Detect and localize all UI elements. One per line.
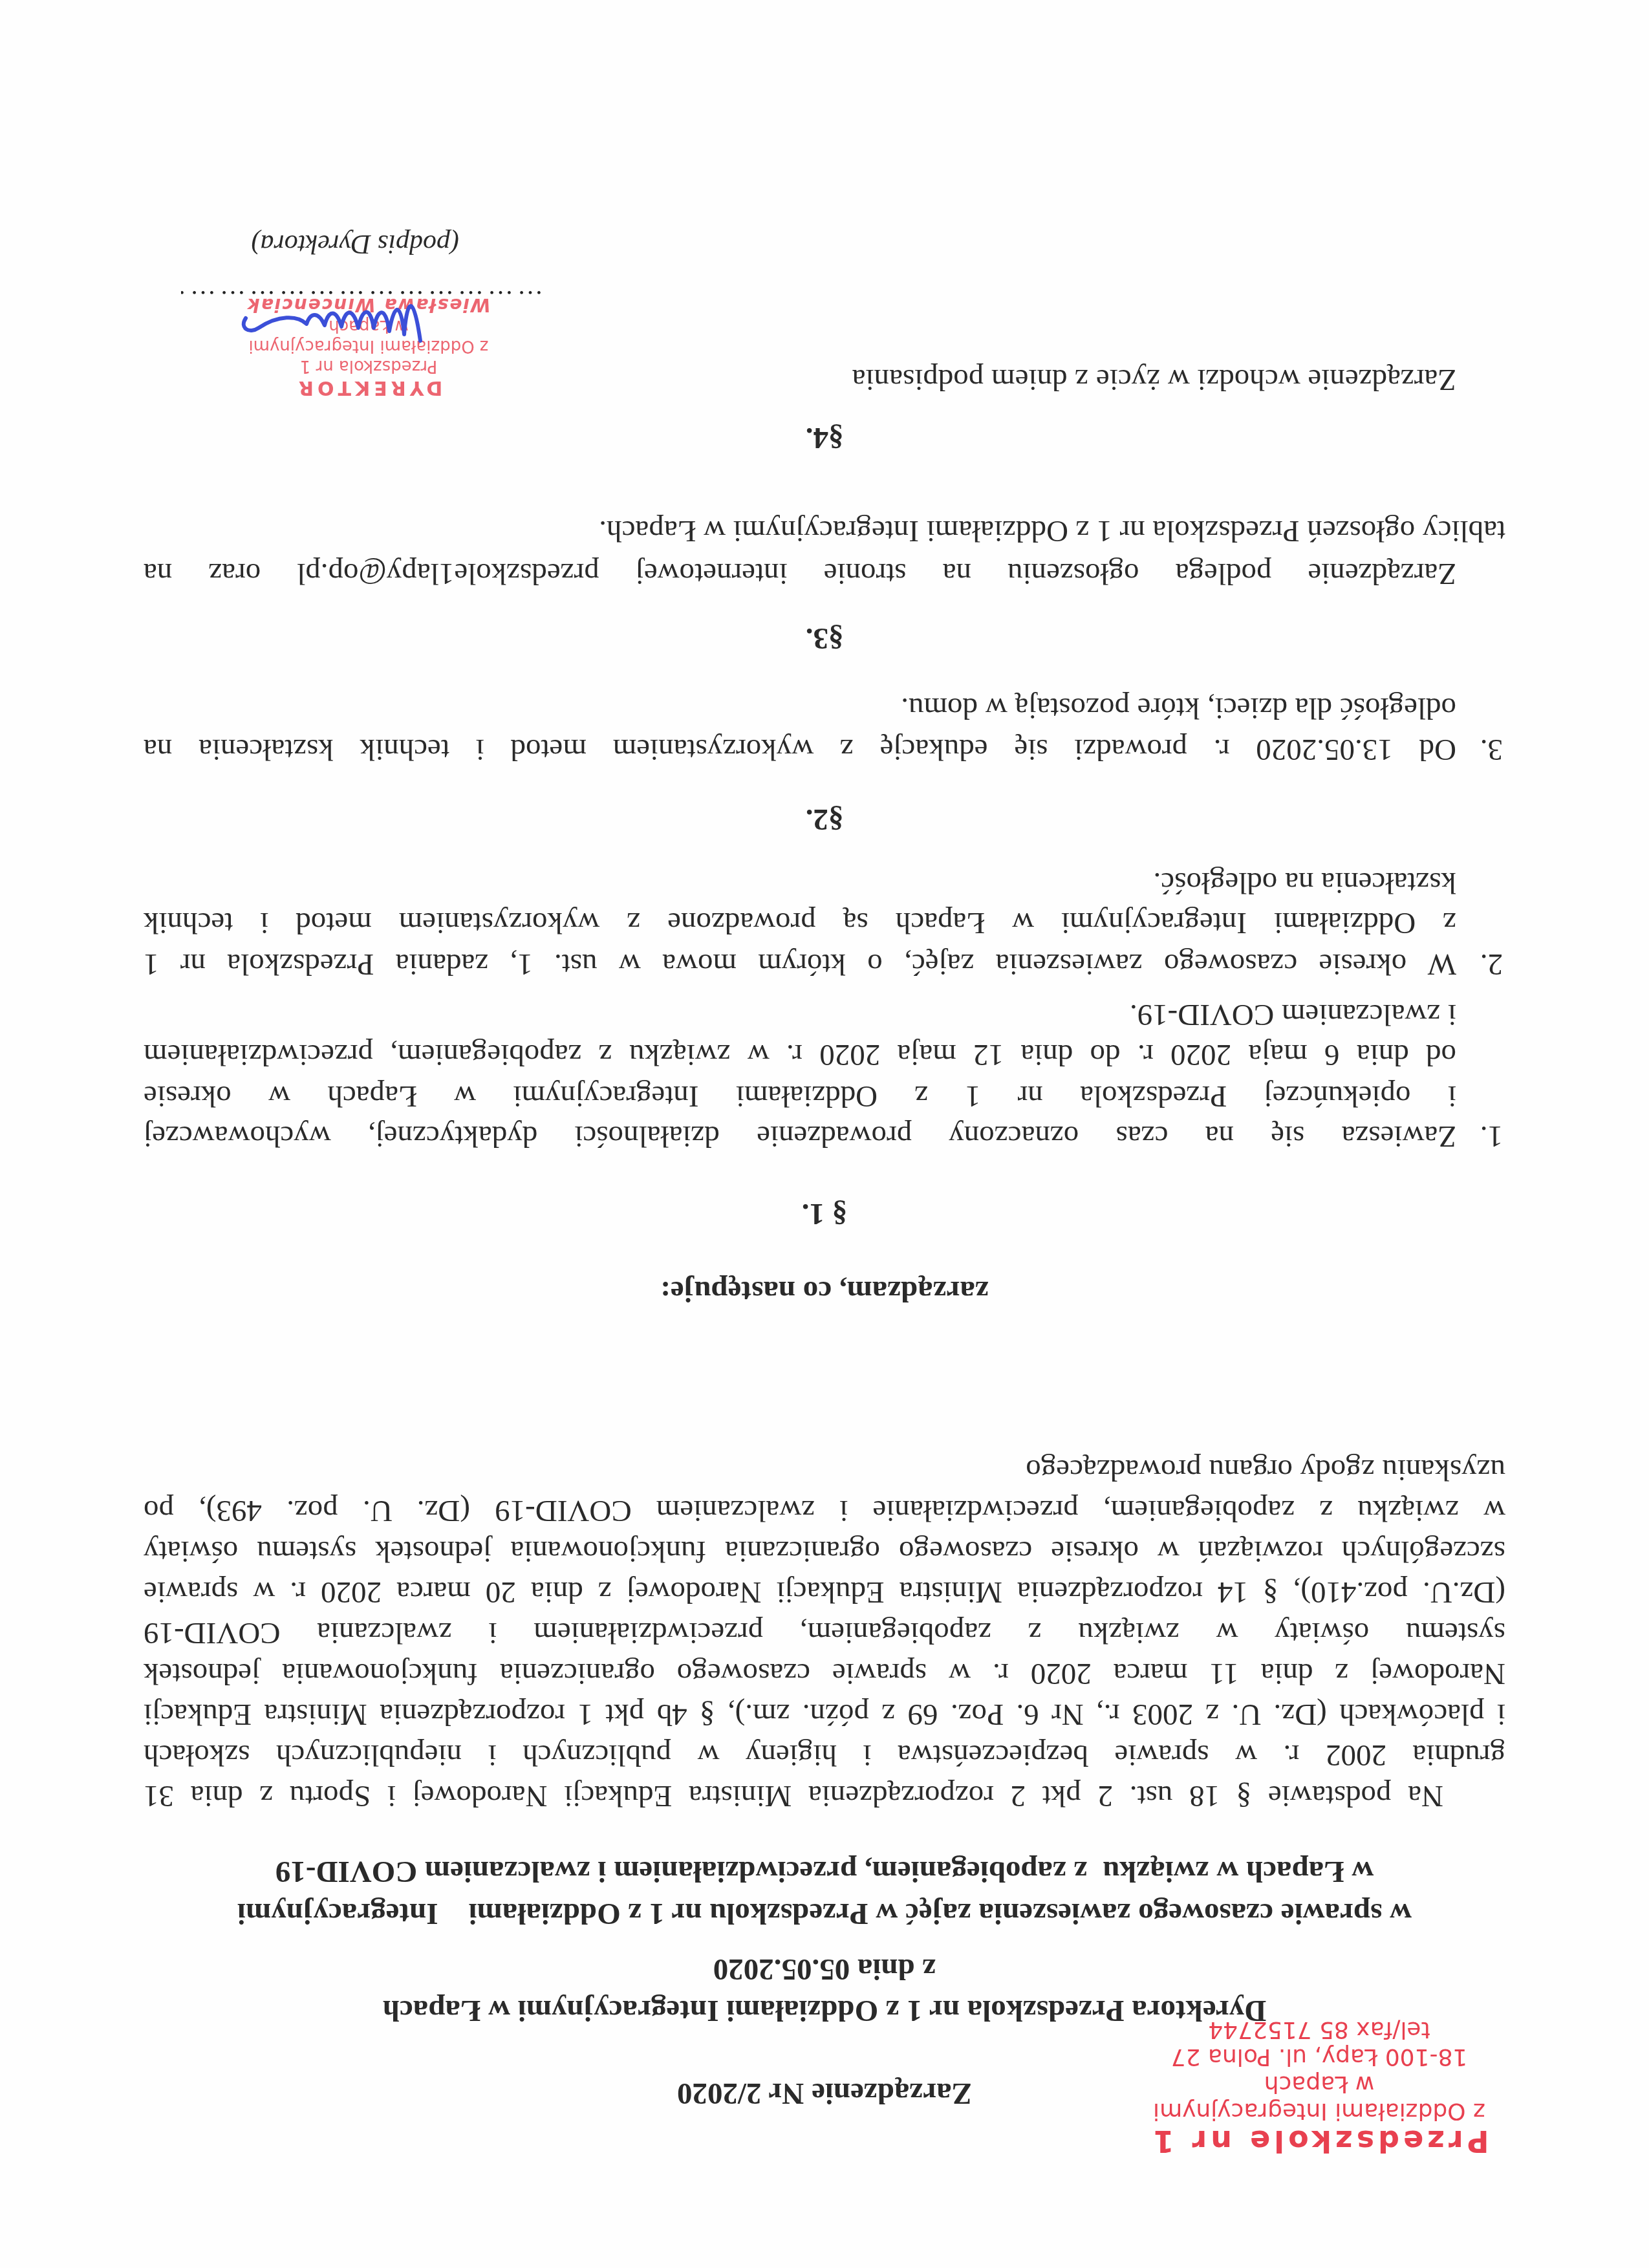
preamble-line: (Dz.U. poz.410), § 14 rozporządzenia Min… [144,1573,1505,1612]
list-item-line: od dnia 6 maja 2020 r. do dnia 12 maja 2… [144,1035,1456,1074]
section-heading: §3. [0,619,1649,658]
section-heading: § 1. [0,1194,1649,1233]
section-heading: §4. [0,418,1649,457]
director-stamp-line: Przedszkola nr 1 [188,356,550,376]
list-item-line: kształcenia na odległość. [144,863,1456,902]
document-subject: w Łapach w związku z zapobieganiem, prze… [0,1852,1649,1891]
list-item-line: odległość dla dzieci, które pozostają w … [144,689,1456,728]
list-number: 1. [1480,1117,1503,1156]
signature-line: …………………………………… [181,285,543,315]
list-item-line: i opiekuńczej Przedszkola nr 1 z Oddział… [144,1077,1456,1116]
list-item-line: Od 13.05.2020 r. prowadzi się edukację z… [144,730,1456,769]
director-stamp-title: DYREKTOR [188,376,550,399]
document-title: Zarządzenie Nr 2/2020 [0,2074,1649,2113]
preamble-line: Narodowej z dnia 11 marca 2020 r. w spra… [144,1654,1505,1693]
ordering-phrase: zarządzam, co następuje: [0,1272,1649,1311]
list-number: 3. [1480,730,1503,769]
preamble-line: i placówkach (Dz. U. z 2003 r., Nr 6. Po… [144,1695,1505,1734]
preamble-line: uzyskaniu zgody organu prowadzącego [144,1451,1505,1489]
section-text-line: tablicy ogłoszeń Przedszkola nr 1 z Oddz… [144,512,1505,550]
section-heading: §2. [0,800,1649,839]
stamp-title: Przedszkole nr 1 [1119,2124,1520,2158]
preamble-line: szczególnych rozwiązań w okresie czasowe… [144,1532,1505,1571]
preamble-line: Na podstawie § 18 ust. 2 pkt 2 rozporząd… [144,1777,1443,1815]
preamble-line: systemu oświaty w związku z zapobieganie… [144,1614,1505,1652]
list-item-line: z Oddziałami Integracyjnymi w Łapach są … [144,903,1456,942]
list-item-line: Zawiesza się na czas oznaczony prowadzen… [144,1117,1456,1156]
stamp-line: 18-100 Łapy, ul. Polna 27 [1119,2043,1520,2070]
list-item-line: W okresie czasowego zawieszenia zajęć, o… [144,945,1456,984]
preamble-line: w związku z zapobieganiem, przeciwdziała… [144,1491,1505,1530]
document-page: Przedszkole nr 1 z Oddziałami Integracyj… [0,0,1649,2268]
document-subject: w sprawie czasowego zawieszenia zajęć w … [0,1894,1649,1933]
signature-caption: (podpis Dyrektora) [251,224,459,263]
preamble-line: grudnia 2002 r. w sprawie bezpieczeństwa… [144,1736,1505,1775]
document-date: z dnia 05.05.2020 [0,1950,1649,1989]
section-text-line: Zarządzenie podlega ogłoszeniu na stroni… [144,554,1456,593]
document-issuer: Dyrektora Przedszkola nr 1 z Oddziałami … [0,1991,1649,2030]
list-number: 2. [1480,945,1503,984]
list-item-line: i zwalczaniem COVID-19. [144,995,1456,1034]
